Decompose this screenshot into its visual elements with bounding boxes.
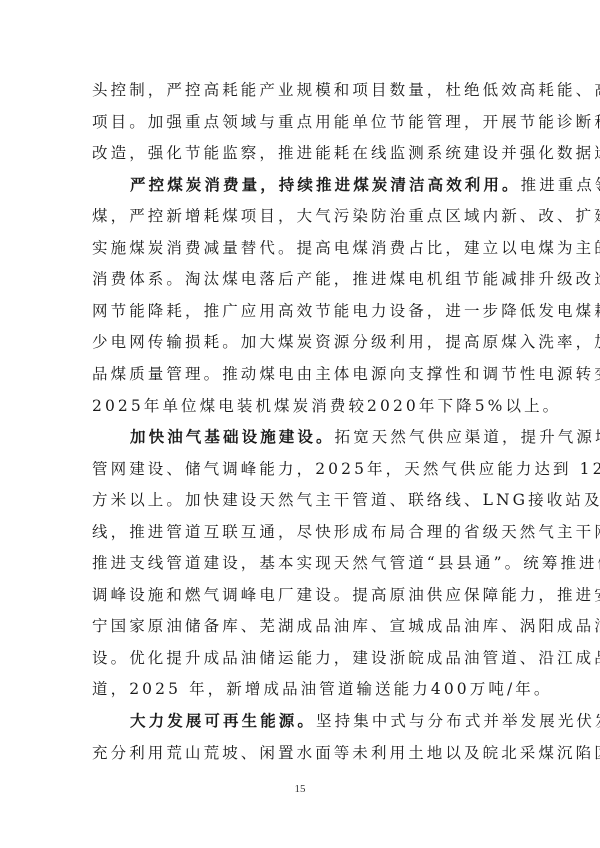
line-text: 管网建设、储气调峰能力，2025年，天然气供应能力达到 120 亿立 — [92, 460, 600, 478]
text-line: 2025年单位煤电装机煤炭消费较2020年下降5%以上。 — [92, 392, 512, 420]
text-line: 充分利用荒山荒坡、闲置水面等未利用土地以及皖北采煤沉陷区，因 — [92, 739, 512, 767]
text-line: 宁国家原油储备库、芜湖成品油库、宣城成品油库、涡阳成品油库建 — [92, 612, 512, 640]
text-line: 设。优化提升成品油储运能力，建设浙皖成品油管道、沿江成品油管 — [92, 644, 512, 672]
text-line: 道，2025 年，新增成品油管道输送能力400万吨/年。 — [92, 675, 512, 703]
line-text: 煤，严控新增耗煤项目，大气污染防治重点区域内新、改、扩建项目 — [92, 207, 600, 225]
line-text: 方米以上。加快建设天然气主干管道、联络线、LNG接收站及配套管 — [92, 491, 600, 509]
text-line: 消费体系。淘汰煤电落后产能，推进煤电机组节能减排升级改造和电 — [92, 265, 512, 293]
document-page: 头控制，严控高耗能产业规模和项目数量，杜绝低效高耗能、高耗煤项目。加强重点领域与… — [0, 0, 600, 848]
text-line: 线，推进管道互联互通，尽快形成布局合理的省级天然气主干网架。 — [92, 518, 512, 546]
line-text: 改造，强化节能监察，推进能耗在线监测系统建设并强化数据运用。 — [92, 144, 600, 162]
line-text: 网节能降耗，推广应用高效节能电力设备，进一步降低发电煤耗，减 — [92, 302, 600, 320]
text-line: 头控制，严控高耗能产业规模和项目数量，杜绝低效高耗能、高耗煤 — [92, 76, 512, 104]
line-text: 宁国家原油储备库、芜湖成品油库、宣城成品油库、涡阳成品油库建 — [92, 617, 600, 635]
paragraph-heading: 严控煤炭消费量，持续推进煤炭清洁高效利用。 — [130, 175, 521, 194]
line-text: 调峰设施和燃气调峰电厂建设。提高原油供应保障能力，推进安庆怀 — [92, 586, 600, 604]
line-text: 少电网传输损耗。加大煤炭资源分级利用，提高原煤入洗率，加强商 — [92, 333, 600, 351]
text-line: 改造，强化节能监察，推进能耗在线监测系统建设并强化数据运用。 — [92, 139, 512, 167]
text-line: 项目。加强重点领域与重点用能单位节能管理，开展节能诊断和节能 — [92, 108, 512, 136]
text-line: 推进支线管道建设，基本实现天然气管道“县县通”。统筹推进储气 — [92, 549, 512, 577]
line-text: 线，推进管道互联互通，尽快形成布局合理的省级天然气主干网架。 — [92, 523, 600, 541]
text-line: 煤，严控新增耗煤项目，大气污染防治重点区域内新、改、扩建项目 — [92, 202, 512, 230]
page-number: 15 — [0, 783, 600, 795]
text-line: 少电网传输损耗。加大煤炭资源分级利用，提高原煤入洗率，加强商 — [92, 328, 512, 356]
line-text: 道，2025 年，新增成品油管道输送能力400万吨/年。 — [92, 680, 552, 698]
line-text: 头控制，严控高耗能产业规模和项目数量，杜绝低效高耗能、高耗煤 — [92, 81, 600, 99]
line-text: 拓宽天然气供应渠道，提升气源增供、 — [335, 428, 600, 446]
text-line: 方米以上。加快建设天然气主干管道、联络线、LNG接收站及配套管 — [92, 486, 512, 514]
text-line: 实施煤炭消费减量替代。提高电煤消费占比，建立以电煤为主的煤炭 — [92, 234, 512, 262]
line-text: 2025年单位煤电装机煤炭消费较2020年下降5%以上。 — [92, 397, 561, 415]
line-text: 设。优化提升成品油储运能力，建设浙皖成品油管道、沿江成品油管 — [92, 649, 600, 667]
line-text: 消费体系。淘汰煤电落后产能，推进煤电机组节能减排升级改造和电 — [92, 270, 600, 288]
line-text: 坚持集中式与分布式并举发展光伏发电， — [316, 712, 600, 730]
line-text: 实施煤炭消费减量替代。提高电煤消费占比，建立以电煤为主的煤炭 — [92, 239, 600, 257]
line-text: 推进重点领域减 — [521, 176, 600, 194]
text-line: 品煤质量管理。推动煤电由主体电源向支撑性和调节性电源转变，到 — [92, 360, 512, 388]
text-line: 管网建设、储气调峰能力，2025年，天然气供应能力达到 120 亿立 — [92, 455, 512, 483]
paragraph-heading: 加快油气基础设施建设。 — [130, 427, 335, 446]
paragraph-first-line: 严控煤炭消费量，持续推进煤炭清洁高效利用。推进重点领域减 — [130, 171, 512, 199]
paragraph-heading: 大力发展可再生能源。 — [130, 711, 316, 730]
line-text: 充分利用荒山荒坡、闲置水面等未利用土地以及皖北采煤沉陷区，因 — [92, 744, 600, 762]
line-text: 项目。加强重点领域与重点用能单位节能管理，开展节能诊断和节能 — [92, 113, 600, 131]
line-text: 推进支线管道建设，基本实现天然气管道“县县通”。统筹推进储气 — [92, 554, 600, 572]
line-text: 品煤质量管理。推动煤电由主体电源向支撑性和调节性电源转变，到 — [92, 365, 600, 383]
text-line: 调峰设施和燃气调峰电厂建设。提高原油供应保障能力，推进安庆怀 — [92, 581, 512, 609]
paragraph-first-line: 加快油气基础设施建设。拓宽天然气供应渠道，提升气源增供、 — [130, 423, 512, 451]
text-line: 网节能降耗，推广应用高效节能电力设备，进一步降低发电煤耗，减 — [92, 297, 512, 325]
paragraph-first-line: 大力发展可再生能源。坚持集中式与分布式并举发展光伏发电， — [130, 707, 512, 735]
